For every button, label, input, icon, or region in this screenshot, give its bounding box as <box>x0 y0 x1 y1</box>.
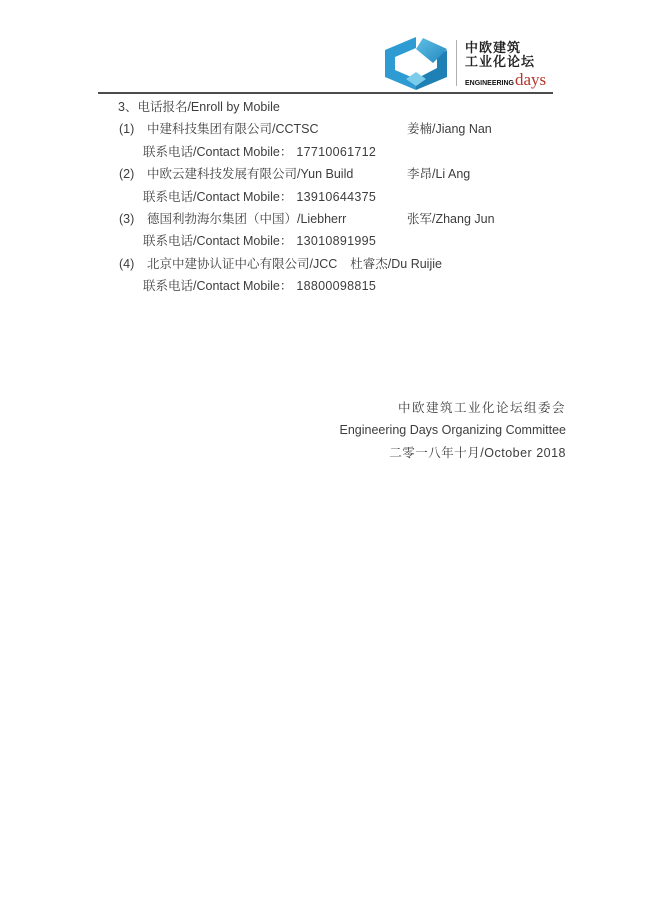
entry-company-row-3: (3)德国利勃海尔集团（中国）/Liebherr 张军/Zhang Jun <box>118 208 583 230</box>
contact-phone: 18800098815 <box>296 279 376 293</box>
contact-label: 联系电话/Contact Mobile： <box>143 234 292 248</box>
signature-block: 中欧建筑工业化论坛组委会 Engineering Days Organizing… <box>340 397 567 464</box>
contact-phone: 13010891995 <box>296 234 376 248</box>
contact-label: 联系电话/Contact Mobile： <box>143 279 292 293</box>
logo-subtitle: ENGINEERING days <box>465 72 546 87</box>
logo-title-line1: 中欧建筑 <box>465 42 546 56</box>
logo-title-line2: 工业化论坛 <box>465 56 546 70</box>
contact-label: 联系电话/Contact Mobile： <box>143 145 292 159</box>
contact-phone: 17710061712 <box>296 145 376 159</box>
cube-logo-icon <box>385 36 447 90</box>
company-name: 中建科技集团有限公司/CCTSC <box>147 122 319 136</box>
forum-logo: 中欧建筑 工业化论坛 ENGINEERING days <box>385 36 546 90</box>
contact-person: 姜楠/Jiang Nan <box>407 118 492 140</box>
entry-company-row-4: (4)北京中建协认证中心有限公司/JCC杜睿杰/Du Ruijie <box>118 253 583 275</box>
contact-phone: 13910644375 <box>296 190 376 204</box>
committee-name-en: Engineering Days Organizing Committee <box>340 419 567 441</box>
contact-person: 张军/Zhang Jun <box>407 208 495 230</box>
contact-person: 杜睿杰/Du Ruijie <box>350 257 442 271</box>
logo-days-text: days <box>515 72 546 87</box>
entry-contact-row-4: 联系电话/Contact Mobile：18800098815 <box>118 275 583 297</box>
section-heading: 3、电话报名/Enroll by Mobile <box>118 96 583 118</box>
logo-text: 中欧建筑 工业化论坛 ENGINEERING days <box>465 36 546 87</box>
entry-contact-row-1: 联系电话/Contact Mobile：17710061712 <box>118 141 583 163</box>
committee-name-cn: 中欧建筑工业化论坛组委会 <box>340 397 567 419</box>
signature-date: 二零一八年十月/October 2018 <box>340 442 567 464</box>
contact-person: 李昂/Li Ang <box>407 163 470 185</box>
company-name: 德国利勃海尔集团（中国）/Liebherr <box>147 212 346 226</box>
entry-contact-row-3: 联系电话/Contact Mobile：13010891995 <box>118 230 583 252</box>
entry-company-row-1: (1)中建科技集团有限公司/CCTSC 姜楠/Jiang Nan <box>118 118 583 140</box>
company-name: 北京中建协认证中心有限公司/JCC <box>147 257 337 271</box>
logo-engineering-text: ENGINEERING <box>465 80 514 87</box>
document-page: 中欧建筑 工业化论坛 ENGINEERING days 3、电话报名/Enrol… <box>0 0 650 919</box>
entry-marker: (2) <box>118 163 147 185</box>
entry-marker: (1) <box>118 118 147 140</box>
entry-marker: (3) <box>118 208 147 230</box>
entry-marker: (4) <box>118 253 147 275</box>
company-name: 中欧云建科技发展有限公司/Yun Build <box>147 167 353 181</box>
logo-divider <box>456 40 457 86</box>
enroll-section: 3、电话报名/Enroll by Mobile (1)中建科技集团有限公司/CC… <box>118 96 583 298</box>
entry-contact-row-2: 联系电话/Contact Mobile：13910644375 <box>118 186 583 208</box>
entry-company-row-2: (2)中欧云建科技发展有限公司/Yun Build 李昂/Li Ang <box>118 163 583 185</box>
contact-label: 联系电话/Contact Mobile： <box>143 190 292 204</box>
header-rule <box>98 92 553 94</box>
